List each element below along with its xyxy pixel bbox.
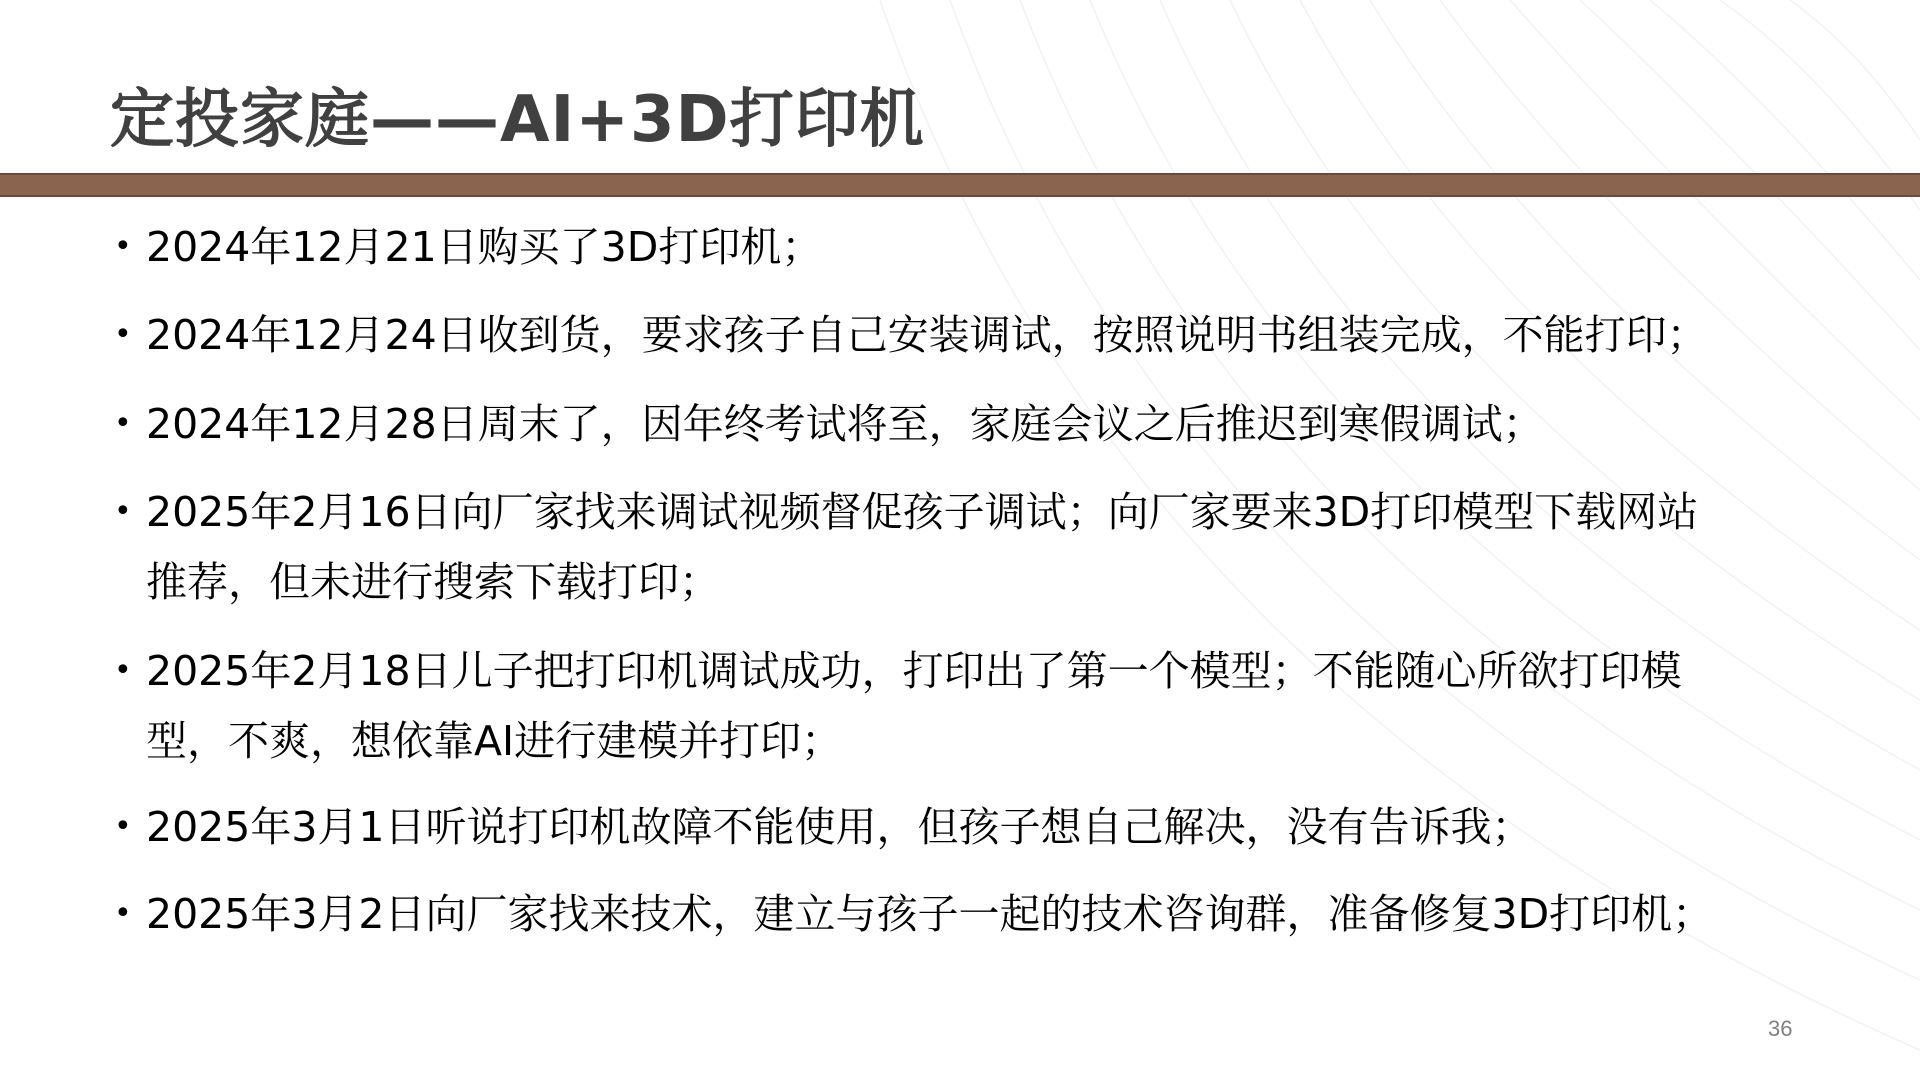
bullet-text-line-1: 2025年2月18日儿子把打印机调试成功，打印出了第一个模型；不能随心所欲打印模 — [146, 636, 1806, 706]
bullet-text: 2024年12月24日收到货，要求孩子自己安装调试，按照说明书组装完成，不能打印… — [146, 300, 1806, 370]
bullet-item: • 2024年12月28日周末了，因年终考试将至，家庭会议之后推迟到寒假调试； — [146, 389, 1806, 459]
title-accent-bar — [0, 173, 1920, 197]
bullet-text: 2025年3月1日听说打印机故障不能使用，但孩子想自己解决，没有告诉我； — [146, 792, 1806, 862]
bullet-item: • 2025年3月2日向厂家找来技术，建立与孩子一起的技术咨询群，准备修复3D打… — [146, 879, 1806, 949]
bullet-dot-icon: • — [114, 636, 132, 706]
bullet-text-line-2: 型，不爽，想依靠AI进行建模并打印； — [146, 706, 1806, 776]
bullet-item: • 2025年2月18日儿子把打印机调试成功，打印出了第一个模型；不能随心所欲打… — [146, 636, 1806, 776]
bullet-dot-icon: • — [114, 792, 132, 862]
bullet-dot-icon: • — [114, 879, 132, 949]
slide: 定投家庭——AI+3D打印机 • 2024年12月21日购买了3D打印机； • … — [0, 0, 1920, 1080]
bullet-text: 2024年12月21日购买了3D打印机； — [146, 212, 1806, 282]
bullet-item: • 2024年12月24日收到货，要求孩子自己安装调试，按照说明书组装完成，不能… — [146, 300, 1806, 370]
bullet-dot-icon: • — [114, 300, 132, 370]
bullet-text: 2025年3月2日向厂家找来技术，建立与孩子一起的技术咨询群，准备修复3D打印机… — [146, 879, 1806, 949]
bullet-item: • 2024年12月21日购买了3D打印机； — [146, 212, 1806, 282]
bullet-text-line-1: 2025年2月16日向厂家找来调试视频督促孩子调试；向厂家要来3D打印模型下载网… — [146, 477, 1806, 547]
bullet-item: • 2025年2月16日向厂家找来调试视频督促孩子调试；向厂家要来3D打印模型下… — [146, 477, 1806, 617]
bullet-dot-icon: • — [114, 389, 132, 459]
bullet-text-line-2: 推荐，但未进行搜索下载打印； — [146, 547, 1806, 617]
bullet-text: 2024年12月28日周末了，因年终考试将至，家庭会议之后推迟到寒假调试； — [146, 389, 1806, 459]
bullet-dot-icon: • — [114, 212, 132, 282]
page-number: 36 — [1768, 1016, 1792, 1042]
bullet-item: • 2025年3月1日听说打印机故障不能使用，但孩子想自己解决，没有告诉我； — [146, 792, 1806, 862]
slide-title: 定投家庭——AI+3D打印机 — [110, 82, 925, 158]
bullet-dot-icon: • — [114, 477, 132, 547]
